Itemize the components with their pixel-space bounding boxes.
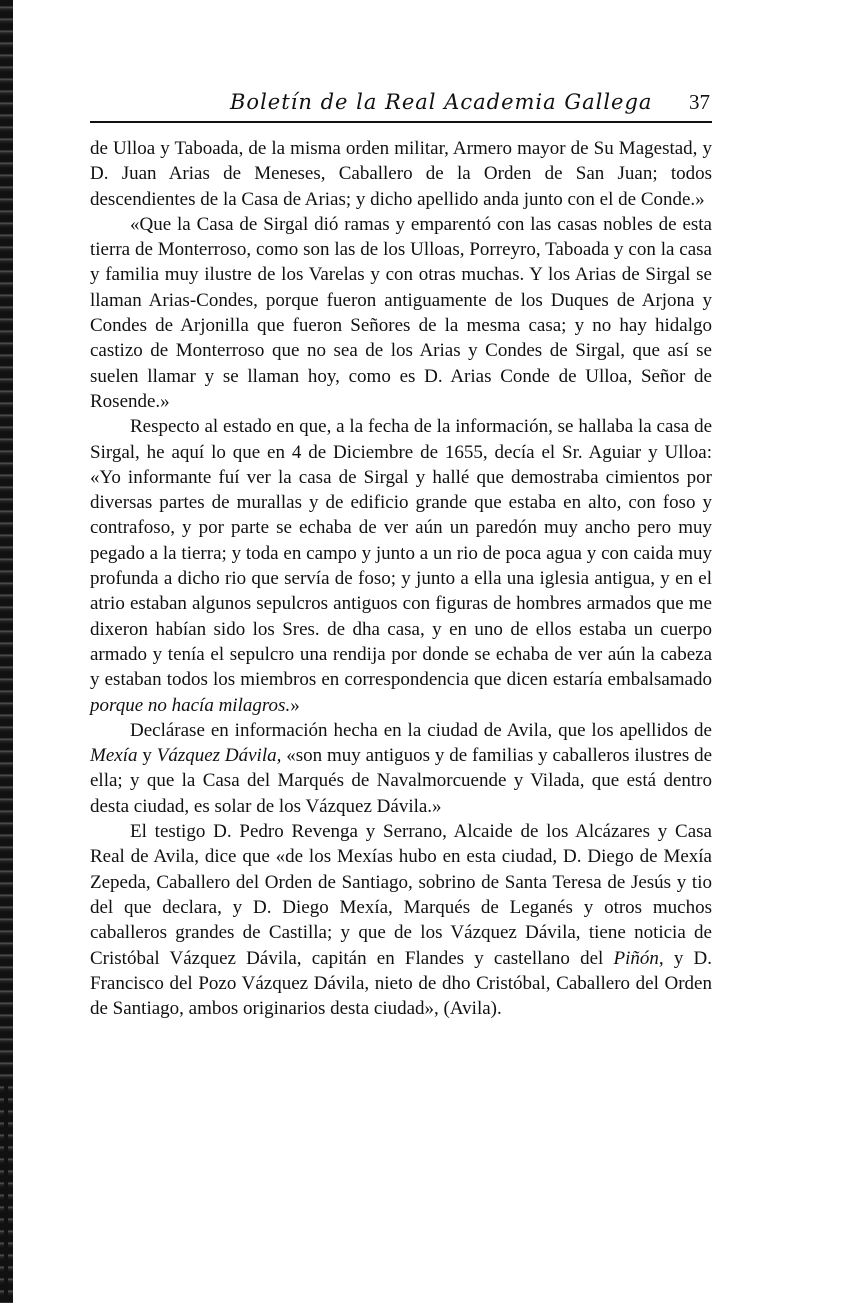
body-text: de Ulloa y Taboada, de la misma orden mi… [90, 136, 712, 1021]
header-rule [90, 121, 712, 123]
paragraph-1: de Ulloa y Taboada, de la misma orden mi… [90, 136, 712, 212]
text-segment: «Que la Casa de Sirgal dió ramas y empar… [90, 214, 712, 412]
text-segment: » [290, 695, 300, 716]
text-segment: El testigo D. Pedro Revenga y Serrano, A… [90, 821, 712, 968]
paragraph-5: El testigo D. Pedro Revenga y Serrano, A… [90, 819, 712, 1021]
text-segment: Declárase en información hecha en la ciu… [130, 720, 712, 741]
running-title: Boletín de la Real Academia Gallega [230, 90, 652, 114]
paragraph-4: Declárase en información hecha en la ciu… [90, 718, 712, 819]
italic-segment: porque no hacía milagros. [90, 695, 290, 716]
text-segment: Respecto al estado en que, a la fecha de… [90, 416, 712, 690]
italic-segment: Piñón, [613, 948, 663, 969]
scan-binding-edge-lower [4, 1080, 8, 1300]
italic-segment: Mexía [90, 745, 137, 766]
italic-segment: Vázquez Dávila, [157, 745, 282, 766]
text-segment: de Ulloa y Taboada, de la misma orden mi… [90, 138, 712, 210]
paragraph-3: Respecto al estado en que, a la fecha de… [90, 414, 712, 718]
text-segment: y [137, 745, 156, 766]
page-header: Boletín de la Real Academia Gallega 37 [90, 88, 710, 118]
paragraph-2: «Que la Casa de Sirgal dió ramas y empar… [90, 212, 712, 414]
page-number: 37 [689, 90, 710, 115]
